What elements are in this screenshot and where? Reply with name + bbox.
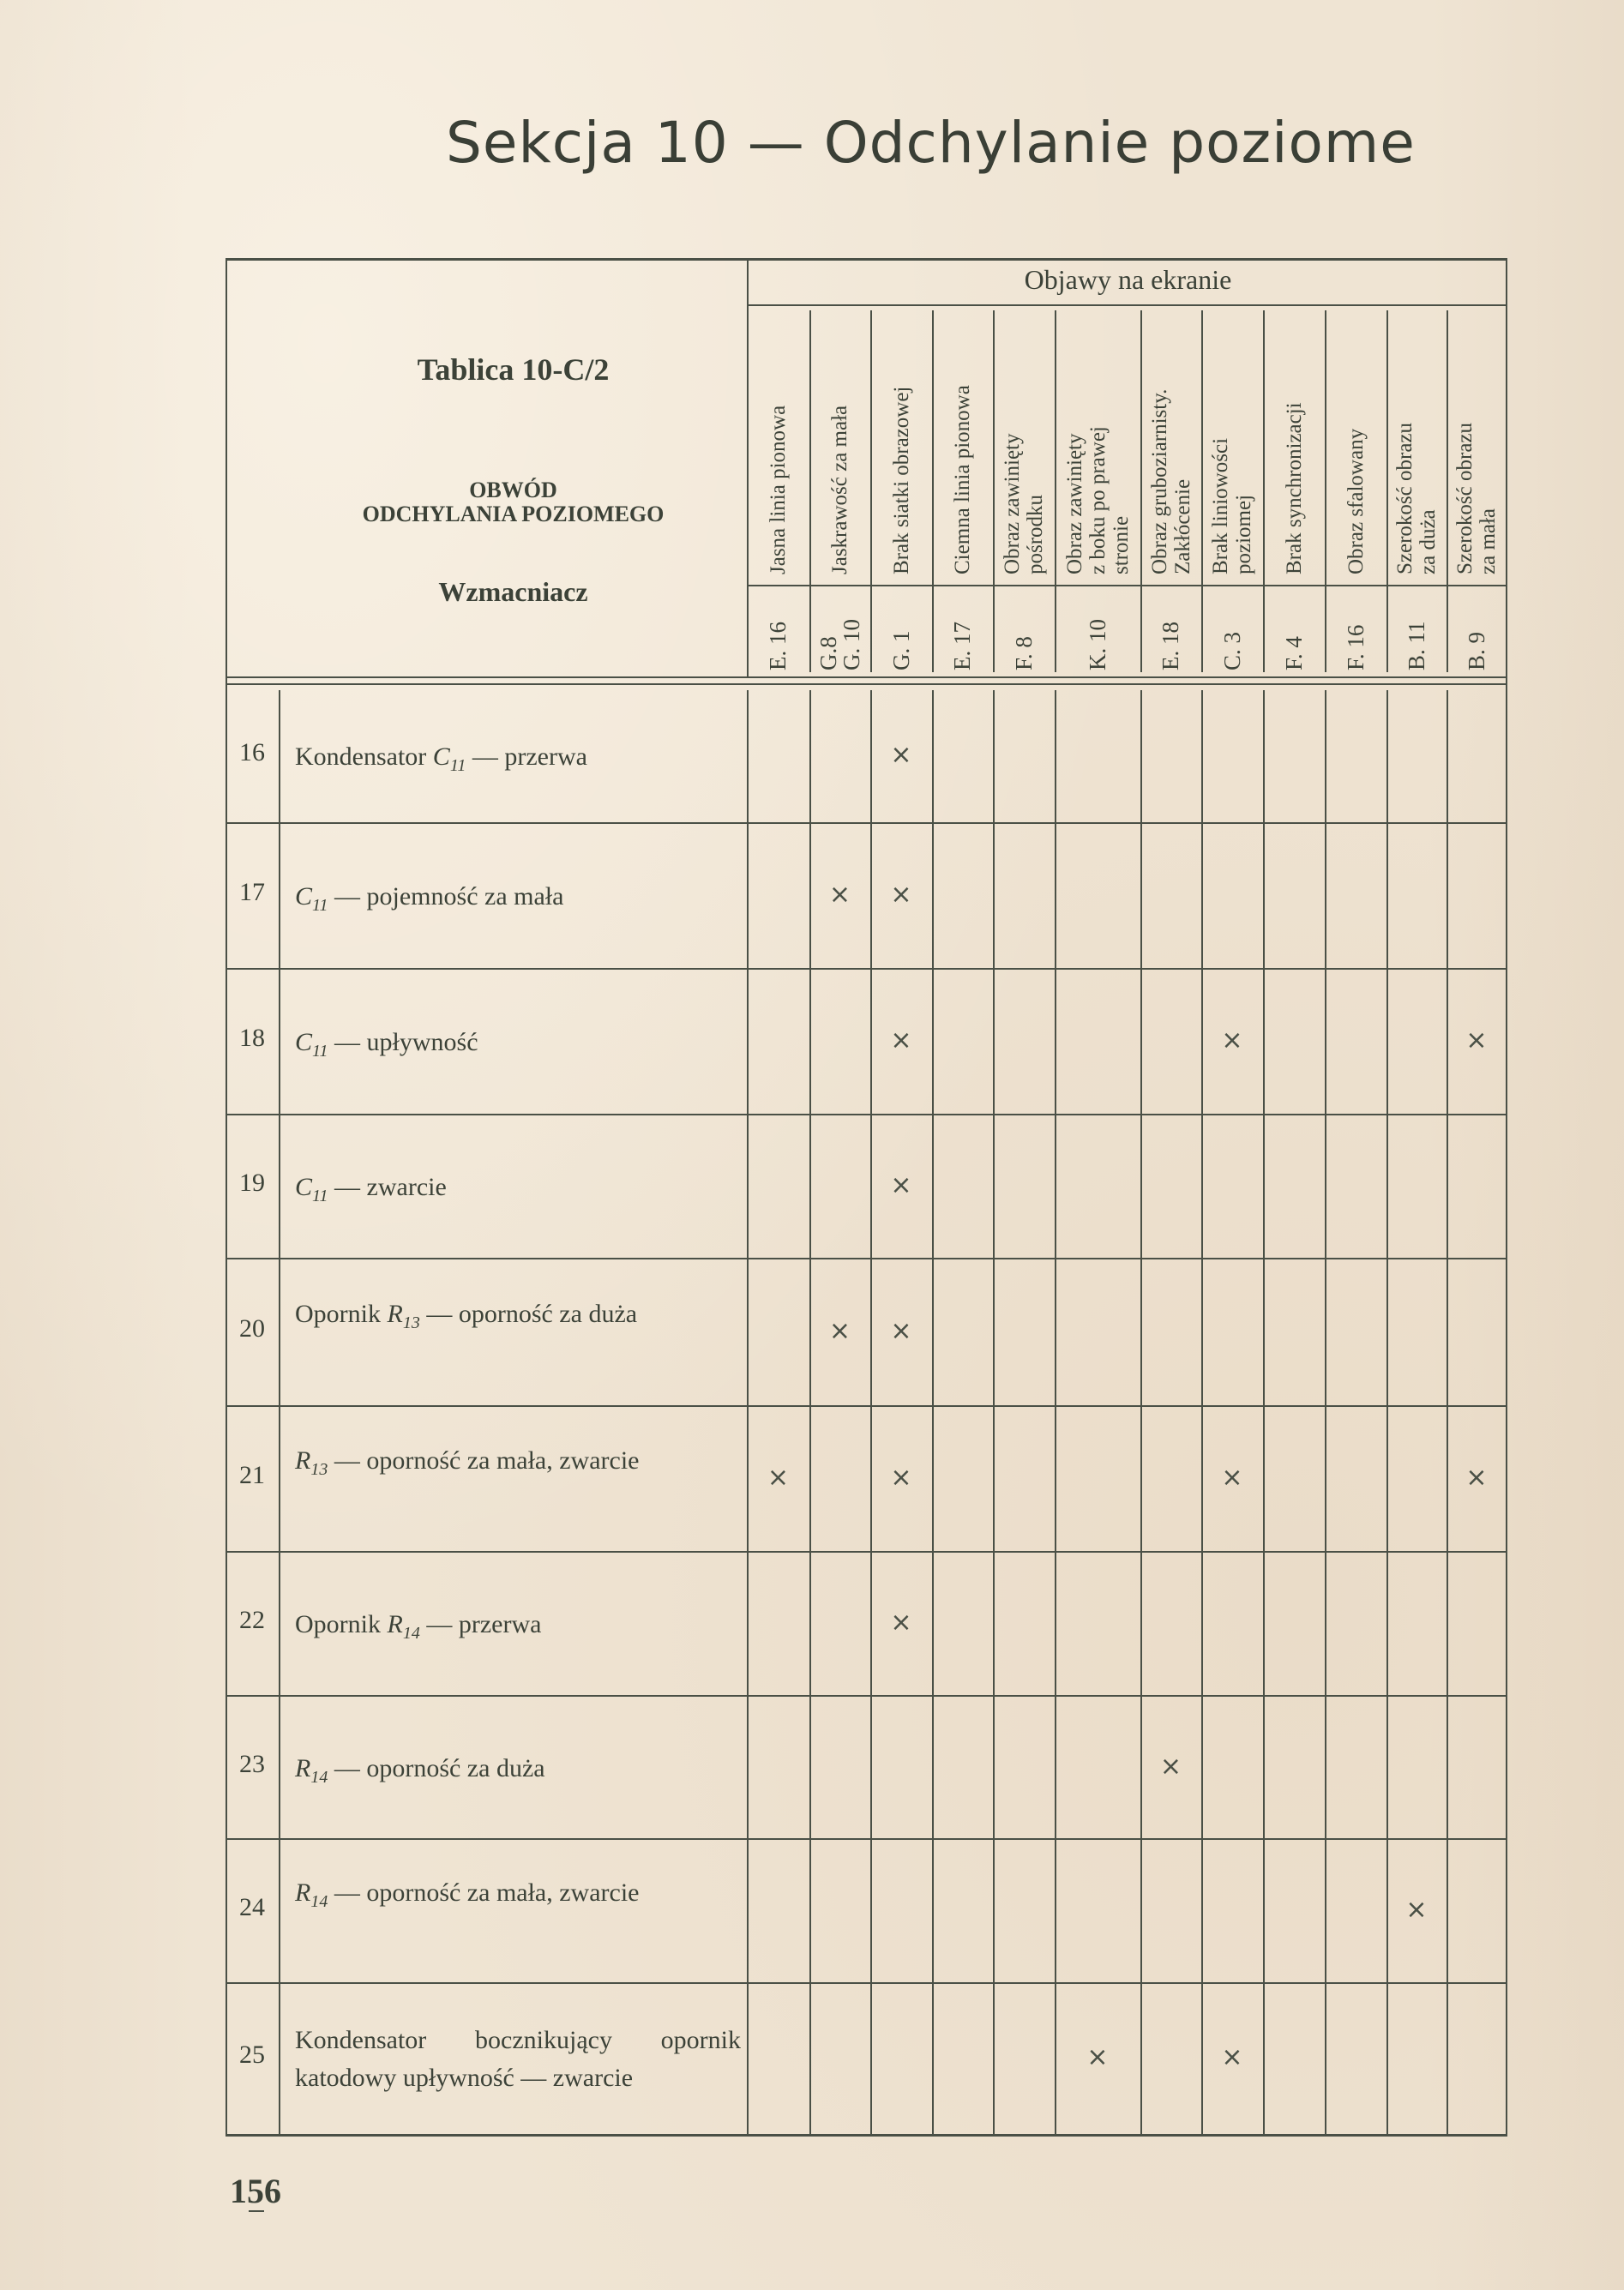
header-double-rule — [226, 683, 1507, 685]
column-divider — [1263, 310, 1265, 672]
column-divider — [1386, 690, 1388, 2134]
desc-prefix: Kondensator — [295, 742, 433, 771]
page-number: 156 — [230, 2171, 281, 2211]
row-rule — [226, 1695, 1507, 1697]
column-divider — [1140, 690, 1142, 2134]
symptom-label: Ciemna linia pionowa — [951, 317, 974, 574]
table-left-border — [226, 258, 227, 2136]
table-name: Tablica 10-C/2 — [280, 352, 747, 388]
symptom-label: Brak liniowości poziomej — [1209, 317, 1255, 574]
desc-suffix: — oporność za mała, zwarcie — [328, 1878, 639, 1907]
fault-description: C11 — pojemność za mała — [295, 878, 741, 924]
column-divider — [1201, 310, 1203, 672]
row-rule — [226, 1551, 1507, 1553]
table-bottom-rule — [226, 2134, 1507, 2137]
row-number: 20 — [228, 1314, 276, 1343]
symptom-code: F. 4 — [1283, 593, 1306, 670]
column-divider — [1325, 310, 1326, 672]
fault-description: Opornik R13 — oporność za duża — [295, 1295, 741, 1342]
symptom-code: B. 9 — [1465, 593, 1489, 670]
symptom-label: Jasna linia pionowa — [767, 317, 790, 574]
component-letter: C — [295, 1028, 312, 1056]
component-index: 11 — [312, 1187, 328, 1205]
component-index: 11 — [450, 756, 466, 775]
column-divider — [1201, 690, 1203, 2134]
symptom-mark: × — [1215, 1025, 1249, 1055]
circuit-title-line2: ODCHYLANIA POZIOMEGO — [280, 502, 747, 526]
header-double-rule — [226, 676, 1507, 678]
symptom-label: Obraz zawinięty z boku po prawej stronie — [1063, 317, 1133, 574]
column-divider — [1386, 310, 1388, 672]
column-divider — [932, 310, 934, 672]
desc-prefix: Opornik — [295, 1610, 388, 1638]
fault-description: Opornik R14 — przerwa — [295, 1606, 741, 1652]
column-divider — [1055, 690, 1056, 2134]
symptom-label: Jaskrawość za mała — [828, 317, 851, 574]
symptoms-header: Objawy na ekranie — [749, 264, 1507, 296]
symptom-mark: × — [823, 880, 857, 910]
fault-description: R13 — oporność za mała, zwarcie — [295, 1442, 741, 1488]
symptom-label: Brak synchronizacji — [1283, 317, 1306, 574]
symptom-code: C. 3 — [1221, 593, 1244, 670]
column-divider — [870, 310, 872, 672]
rownum-divider — [279, 690, 280, 2134]
row-number: 22 — [228, 1606, 276, 1635]
column-divider — [1055, 310, 1056, 672]
row-number: 18 — [228, 1024, 276, 1053]
fault-description: R14 — oporność za duża — [295, 1750, 741, 1796]
component-letter: C — [295, 882, 312, 911]
symptom-label: Obraz sfalowany — [1344, 317, 1368, 574]
row-rule — [226, 822, 1507, 824]
symptom-label: Szerokość obrazu za duża — [1393, 317, 1440, 574]
symptom-label: Obraz zawinięty pośrodku — [1001, 317, 1047, 574]
component-symbol: C11 — [295, 1028, 328, 1056]
symptom-mark: × — [884, 1316, 918, 1346]
symptom-code: K. 10 — [1086, 593, 1110, 670]
symptom-code: F. 16 — [1344, 593, 1368, 670]
column-divider — [809, 690, 811, 2134]
fault-description: R14 — oporność za mała, zwarcie — [295, 1874, 741, 1920]
symptom-mark: × — [884, 880, 918, 910]
desc-suffix: — pojemność za mała — [328, 882, 564, 911]
column-divider — [1447, 690, 1448, 2134]
symptom-mark: × — [1399, 1895, 1434, 1925]
desc-divider — [747, 690, 749, 2134]
row-rule — [226, 968, 1507, 970]
row-rule — [226, 1114, 1507, 1115]
column-divider — [932, 690, 934, 2134]
component-index: 11 — [312, 1042, 328, 1061]
symptom-mark: × — [1215, 1463, 1249, 1493]
component-index: 14 — [403, 1624, 420, 1643]
symptom-mark: × — [884, 1025, 918, 1055]
symptom-code: F. 8 — [1013, 593, 1036, 670]
row-rule — [226, 1405, 1507, 1407]
symptoms-header-rule — [747, 304, 1507, 306]
desc-suffix: — upływność — [328, 1028, 478, 1056]
row-rule — [226, 1258, 1507, 1259]
symptom-mark: × — [823, 1316, 857, 1346]
component-letter: R — [295, 1878, 310, 1907]
component-symbol: C11 — [295, 1173, 328, 1201]
column-divider — [1447, 310, 1448, 672]
column-divider — [870, 690, 872, 2134]
row-number: 16 — [228, 738, 276, 767]
desc-prefix: Opornik — [295, 1300, 388, 1328]
component-symbol: R14 — [295, 1878, 328, 1907]
symptom-code: G.8 G. 10 — [817, 593, 863, 670]
circuit-title-line1: OBWÓD — [280, 478, 747, 502]
symptom-label: Szerokość obrazu za mała — [1453, 317, 1500, 574]
symptom-mark: × — [1459, 1025, 1494, 1055]
desc-suffix: — przerwa — [420, 1610, 542, 1638]
column-divider — [1325, 690, 1326, 2134]
code-rule — [747, 585, 1507, 586]
component-letter: R — [295, 1446, 310, 1475]
fault-description: Kondensator bocznikujący opornik katodow… — [295, 2022, 741, 2106]
desc-suffix: — oporność za duża — [420, 1300, 637, 1328]
desc-prefix: Kondensator bocznikujący opornik katodow… — [295, 2026, 741, 2092]
symptom-mark: × — [884, 1463, 918, 1493]
row-number: 24 — [228, 1893, 276, 1922]
page-title: Sekcja 10 — Odchylanie poziome — [446, 110, 1303, 176]
column-divider — [993, 690, 995, 2134]
symptom-mark: × — [884, 1608, 918, 1638]
symptom-mark: × — [884, 740, 918, 770]
row-rule — [226, 1982, 1507, 1984]
desc-suffix: — zwarcie — [328, 1173, 447, 1201]
component-index: 13 — [403, 1313, 420, 1332]
component-symbol: R13 — [295, 1446, 328, 1475]
column-divider — [1140, 310, 1142, 672]
symptom-code: E. 17 — [951, 593, 974, 670]
component-index: 14 — [310, 1892, 328, 1911]
component-index: 14 — [310, 1768, 328, 1787]
component-symbol: R14 — [388, 1610, 420, 1638]
symptom-code: E. 16 — [767, 593, 790, 670]
symptom-code: B. 11 — [1405, 593, 1429, 670]
table-top-rule — [226, 258, 1507, 261]
column-divider — [1263, 690, 1265, 2134]
component-letter: R — [295, 1754, 310, 1782]
row-number: 25 — [228, 2041, 276, 2070]
symptom-mark: × — [761, 1463, 796, 1493]
row-number: 17 — [228, 878, 276, 907]
symptom-mark: × — [1154, 1752, 1188, 1782]
symptom-code: E. 18 — [1159, 593, 1182, 670]
component-letter: R — [388, 1300, 403, 1328]
symptom-mark: × — [884, 1170, 918, 1200]
component-symbol: R14 — [295, 1754, 328, 1782]
fault-description: C11 — zwarcie — [295, 1169, 741, 1215]
page-number-rule — [249, 2210, 264, 2212]
symptom-mark: × — [1080, 2042, 1115, 2072]
desc-suffix: — oporność za mała, zwarcie — [328, 1446, 639, 1475]
component-symbol: C11 — [433, 742, 466, 771]
component-index: 11 — [312, 896, 328, 915]
fault-description: C11 — upływność — [295, 1024, 741, 1070]
component-letter: R — [388, 1610, 403, 1638]
fault-description: Kondensator C11 — przerwa — [295, 738, 741, 784]
row-number: 21 — [228, 1461, 276, 1490]
symptom-code: G. 1 — [890, 593, 913, 670]
symptom-mark: × — [1459, 1463, 1494, 1493]
component-index: 13 — [310, 1460, 328, 1479]
symptom-mark: × — [1215, 2042, 1249, 2072]
row-number: 23 — [228, 1750, 276, 1779]
component-letter: C — [433, 742, 450, 771]
symptom-label: Obraz gruboziarnisty. Zakłócenie — [1148, 317, 1194, 574]
stage-name: Wzmacniacz — [280, 576, 747, 608]
symptom-label: Brak siatki obrazowej — [890, 317, 913, 574]
desc-suffix: — oporność za duża — [328, 1754, 544, 1782]
component-symbol: C11 — [295, 882, 328, 911]
column-divider — [809, 310, 811, 672]
component-symbol: R13 — [388, 1300, 420, 1328]
desc-suffix: — przerwa — [466, 742, 587, 771]
header-divider — [747, 258, 749, 676]
row-number: 19 — [228, 1169, 276, 1198]
table-right-border — [1506, 258, 1507, 2136]
column-divider — [993, 310, 995, 672]
component-letter: C — [295, 1173, 312, 1201]
row-rule — [226, 1838, 1507, 1840]
